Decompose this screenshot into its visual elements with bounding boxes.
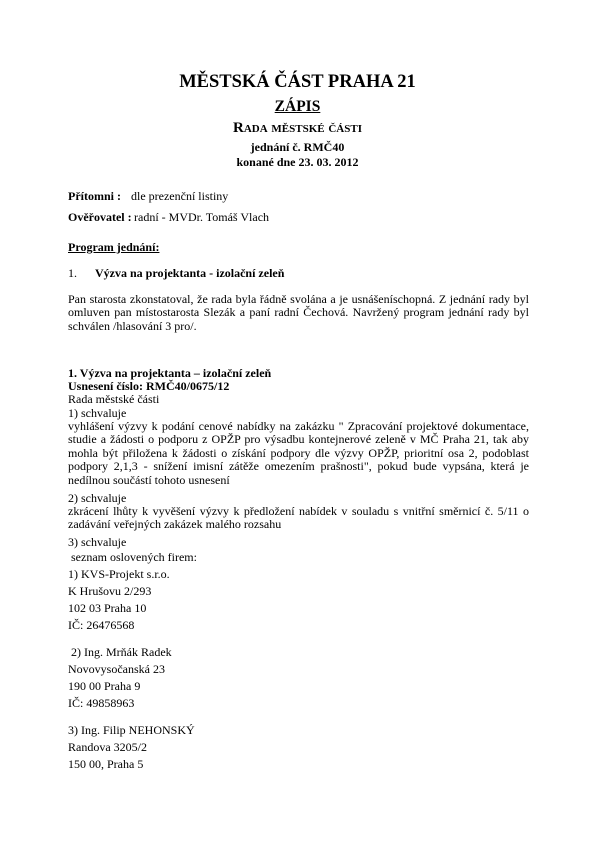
present-value: dle prezenční listiny — [131, 189, 228, 203]
firm-1-street: K Hrušovu 2/293 — [68, 584, 151, 599]
program-item-text: Výzva na projektanta - izolační zeleň — [95, 266, 284, 280]
firm-2-street: Novovysočanská 23 — [68, 662, 165, 677]
program-item-number: 1. — [68, 266, 92, 281]
verifier-row: Ověřovatel : radní - MVDr. Tomáš Vlach — [68, 210, 269, 225]
attendance-row: Přítomni : dle prezenční listiny — [68, 189, 228, 204]
intro-paragraph: Pan starosta zkonstatoval, že rada byla … — [68, 293, 529, 333]
document-type-title: ZÁPIS — [0, 98, 595, 116]
firm-2-ic: IČ: 49858963 — [68, 696, 134, 711]
firm-1-name: 1) KVS-Projekt s.r.o. — [68, 567, 170, 582]
firm-3-street: Randova 3205/2 — [68, 740, 147, 755]
point-3-text: seznam oslovených firem: — [68, 550, 197, 565]
point-2-text: zkrácení lhůty k vyvěšení výzvy k předlo… — [68, 505, 529, 532]
firm-1-city: 102 03 Praha 10 — [68, 601, 146, 616]
verifier-label: Ověřovatel : — [68, 210, 131, 225]
point-1-text: vyhlášení výzvy k podání cenové nabídky … — [68, 420, 529, 487]
program-heading: Program jednání: — [68, 240, 159, 255]
firm-2-city: 190 00 Praha 9 — [68, 679, 140, 694]
point-3-label: 3) schvaluje — [68, 535, 126, 550]
meeting-date: konané dne 23. 03. 2012 — [0, 155, 595, 170]
firm-1-ic: IČ: 26476568 — [68, 618, 134, 633]
council-title: Rada městské části — [0, 120, 595, 137]
firm-2-name: 2) Ing. Mrňák Radek — [68, 645, 172, 660]
meeting-number: jednání č. RMČ40 — [0, 140, 595, 155]
document-org-title: MĚSTSKÁ ČÁST PRAHA 21 — [0, 72, 595, 93]
present-label: Přítomni : — [68, 189, 128, 204]
verifier-value: radní - MVDr. Tomáš Vlach — [134, 210, 269, 224]
program-item: 1. Výzva na projektanta - izolační zeleň — [68, 266, 284, 281]
resolution-body: Rada městské části — [68, 392, 159, 407]
firm-3-city: 150 00, Praha 5 — [68, 757, 143, 772]
firm-3-name: 3) Ing. Filip NEHONSKÝ — [68, 723, 195, 738]
